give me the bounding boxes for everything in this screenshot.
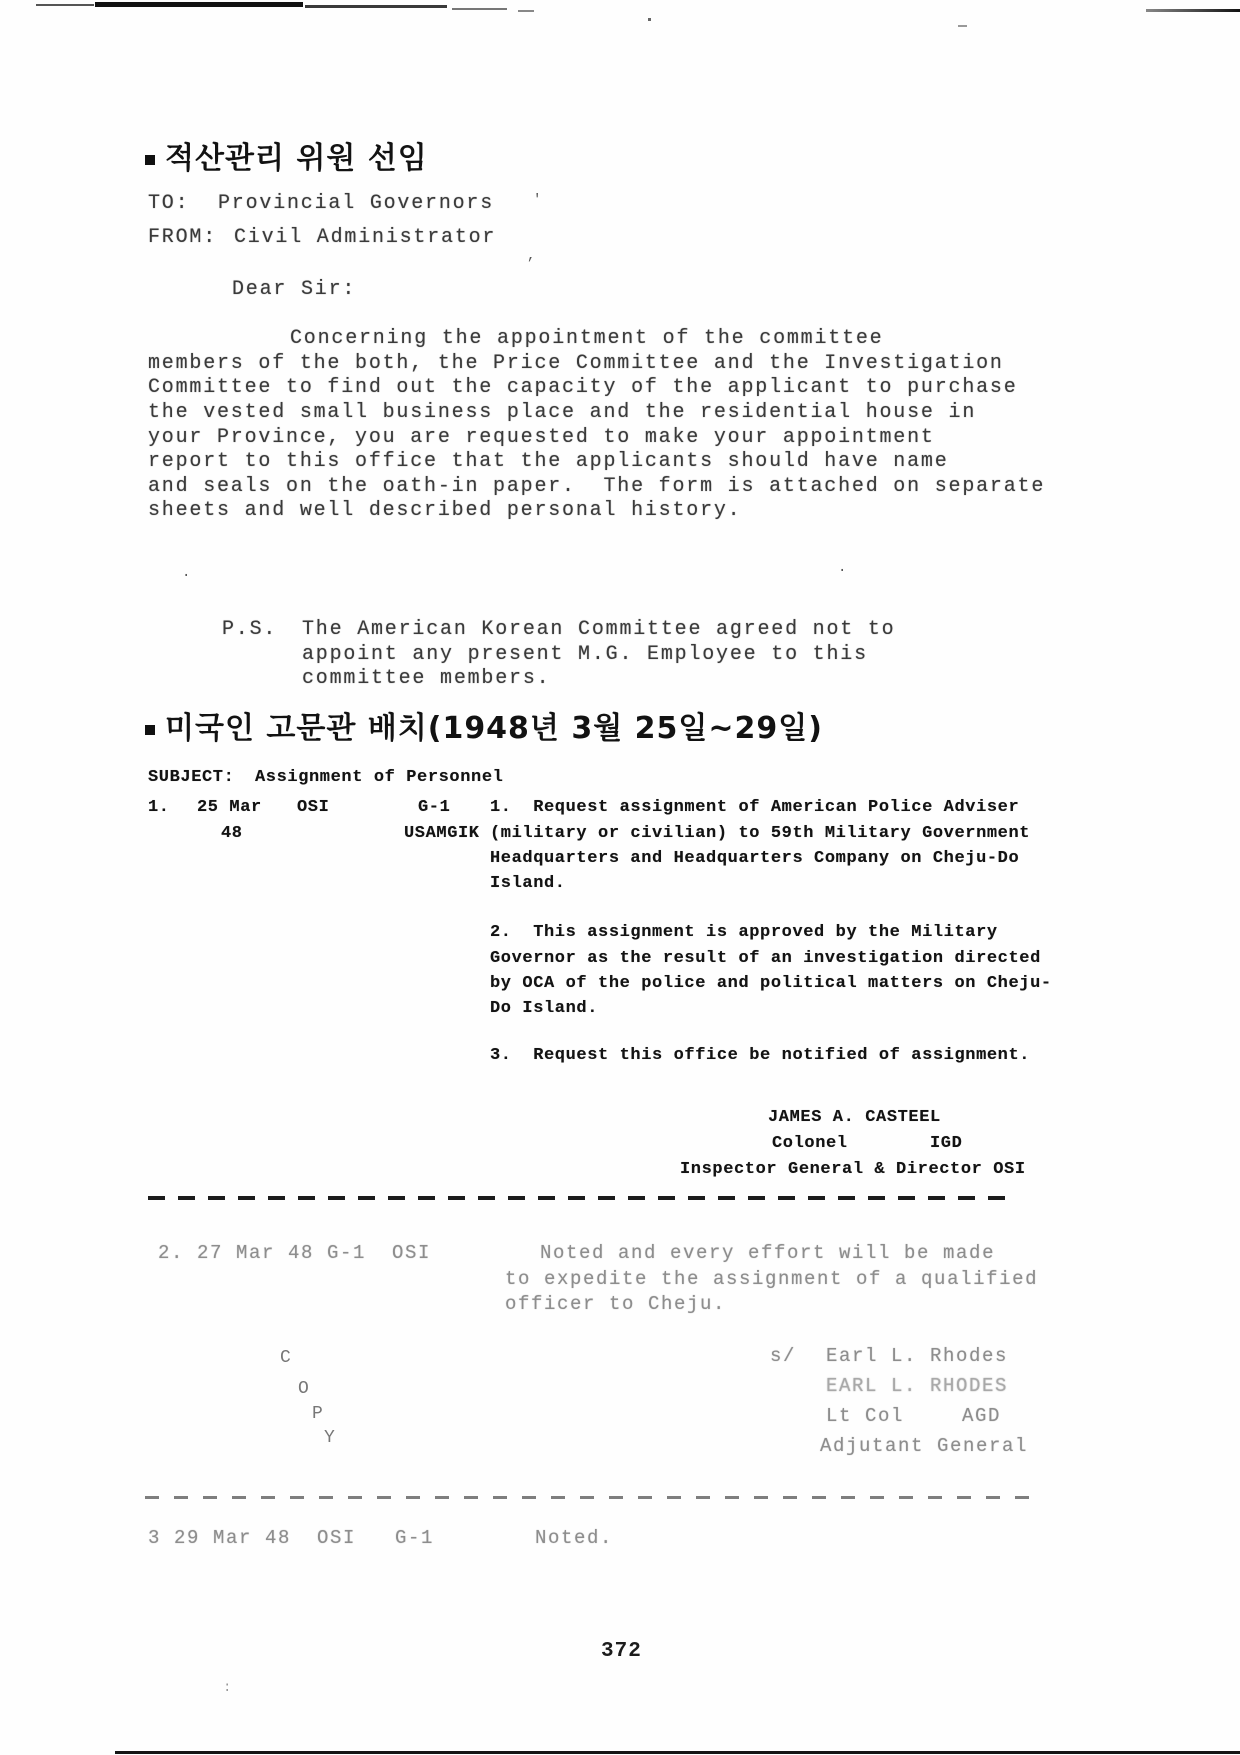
entry2-line: Noted and every effort will be made (540, 1242, 995, 1264)
copy-stamp-letter: P (312, 1404, 323, 1424)
to-value: Provincial Governors (218, 192, 494, 215)
dashed-separator-2 (145, 1496, 1037, 1499)
entry2-line: to expedite the assignment of a qualifie… (505, 1268, 1038, 1290)
signature1-branch: IGD (930, 1134, 962, 1153)
signature2-signed-name: Earl L. Rhodes (826, 1345, 1008, 1367)
ps-label: P.S. (222, 618, 277, 641)
from-value: Civil Administrator (234, 226, 496, 249)
signature2-prefix: s/ (770, 1345, 796, 1367)
entry1-para2-line: Governor as the result of an investigati… (490, 949, 1041, 968)
entry1-para1-line: Headquarters and Headquarters Company on… (490, 849, 1019, 868)
copy-stamp-letter: O (298, 1379, 309, 1399)
scanned-document-page: 적산관리 위원 선임 TO: Provincial Governors FROM… (0, 0, 1240, 1755)
entry1-number: 1. (148, 798, 170, 817)
body-line: and seals on the oath-in paper. The form… (148, 475, 1045, 498)
signature2-branch: AGD (962, 1405, 1001, 1427)
entry3-note: Noted. (535, 1527, 613, 1549)
scan-artifact-line (95, 2, 303, 7)
body-line: Committee to find out the capacity of th… (148, 376, 1018, 399)
salutation: Dear Sir: (232, 278, 356, 301)
entry1-para2-line: by OCA of the police and political matte… (490, 974, 1052, 993)
signature2-rank: Lt Col (826, 1405, 904, 1427)
body-line: sheets and well described personal histo… (148, 499, 741, 522)
body-line: report to this office that the applicant… (148, 450, 949, 473)
body-line: members of the both, the Price Committee… (148, 352, 1004, 375)
scan-speck: . (838, 560, 846, 576)
entry1-org: USAMGIK (404, 824, 480, 843)
scan-artifact-dot (648, 18, 651, 21)
ps-line: committee members. (302, 667, 550, 690)
scan-speck: , (527, 248, 535, 264)
ps-line: appoint any present M.G. Employee to thi… (302, 643, 868, 666)
entry1-para2-line: 2. This assignment is approved by the Mi… (490, 923, 998, 942)
entry2-ref: 2. 27 Mar 48 G-1 OSI (158, 1242, 431, 1264)
to-label: TO: (148, 192, 189, 215)
body-line: your Province, you are requested to make… (148, 426, 935, 449)
entry3-ref: 3 29 Mar 48 OSI G-1 (148, 1527, 434, 1549)
signature2-typed-name: EARL L. RHODES (826, 1375, 1008, 1397)
signature1-name: JAMES A. CASTEEL (768, 1108, 941, 1127)
scan-speck: : (223, 1680, 231, 1696)
entry1-para1-line: (military or civilian) to 59th Military … (490, 824, 1030, 843)
scan-artifact-line (452, 8, 507, 10)
scan-artifact-line (305, 5, 447, 8)
from-label: FROM: (148, 226, 217, 249)
scan-speck: . (182, 565, 190, 581)
copy-stamp-letter: Y (324, 1428, 335, 1448)
korean-heading-2-text: 미국인 고문관 배치(1948년 3월 25일~29일) (165, 711, 823, 746)
korean-heading-1: 적산관리 위원 선임 (145, 133, 428, 177)
page-number: 372 (601, 1640, 642, 1663)
scan-artifact-line (36, 4, 94, 6)
dashed-separator-1 (148, 1196, 1012, 1200)
ps-line: The American Korean Committee agreed not… (302, 618, 895, 641)
entry1-para1-line: 1. Request assignment of American Police… (490, 798, 1019, 817)
entry2-line: officer to Cheju. (505, 1293, 726, 1315)
scan-artifact-bottom-line (115, 1751, 1240, 1754)
bullet-square-icon (145, 155, 155, 165)
entry1-date: 25 Mar (197, 798, 262, 817)
entry1-para3: 3. Request this office be notified of as… (490, 1046, 1030, 1065)
signature2-title: Adjutant General (820, 1435, 1028, 1457)
entry1-office: OSI (297, 798, 329, 817)
entry1-para1-line: Island. (490, 874, 566, 893)
korean-heading-2: 미국인 고문관 배치(1948년 3월 25일~29일) (145, 703, 823, 747)
body-line: Concerning the appointment of the commit… (290, 327, 883, 350)
scan-speck: ' (533, 192, 541, 208)
scan-artifact-dot (958, 25, 967, 27)
korean-heading-1-text: 적산관리 위원 선임 (165, 141, 428, 176)
scan-artifact-line (518, 10, 534, 12)
signature1-rank: Colonel (772, 1134, 848, 1153)
signature1-title: Inspector General & Director OSI (680, 1160, 1026, 1179)
body-line: the vested small business place and the … (148, 401, 976, 424)
entry1-date-year: 48 (221, 824, 243, 843)
scan-artifact-line (1146, 9, 1240, 12)
copy-stamp-letter: C (280, 1348, 291, 1368)
bullet-square-icon (145, 725, 155, 735)
entry1-section: G-1 (418, 798, 450, 817)
entry1-para2-line: Do Island. (490, 999, 598, 1018)
subject-value: Assignment of Personnel (255, 768, 503, 787)
subject-label: SUBJECT: (148, 768, 234, 787)
